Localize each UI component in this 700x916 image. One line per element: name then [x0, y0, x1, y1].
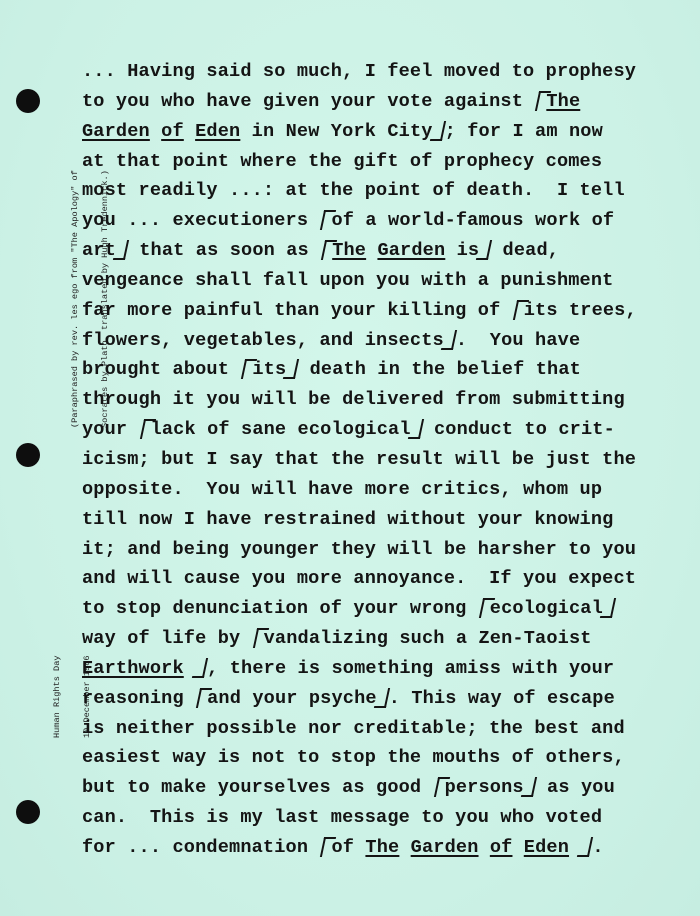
text-line: icism; but I say that the result will be… [82, 445, 682, 475]
text-segment: can. This is my last message to you who … [82, 807, 602, 828]
insertion-bracket-open [319, 837, 331, 855]
punch-hole-bottom [16, 800, 40, 824]
typewritten-page: (Paraphrased by rev. les ego from "The A… [0, 0, 700, 916]
text-segment: . This way of escape [389, 688, 615, 709]
text-segment: conduct to crit- [423, 419, 615, 440]
insertion-bracket-open [433, 777, 445, 795]
text-segment: in New York City [240, 121, 432, 142]
underlined-title-text: The [332, 240, 366, 261]
text-segment [184, 121, 195, 142]
text-line: to stop denunciation of your wrong ecolo… [82, 594, 682, 624]
text-line: your lack of sane ecological conduct to … [82, 415, 682, 445]
insertion-bracket-open [139, 419, 151, 437]
text-line: flowers, vegetables, and insects. You ha… [82, 326, 682, 356]
text-segment: art [82, 240, 116, 261]
text-segment: opposite. You will have more critics, wh… [82, 479, 602, 500]
text-line: far more painful than your killing of it… [82, 296, 682, 326]
punch-hole-middle [16, 443, 40, 467]
text-line: most readily ...: at the point of death.… [82, 176, 682, 206]
text-segment: and will cause you more annoyance. If yo… [82, 568, 636, 589]
insertion-bracket-close [580, 837, 592, 855]
insertion-bracket-close [433, 121, 445, 139]
text-line: till now I have restrained without your … [82, 505, 682, 535]
insertion-bracket-open [319, 210, 331, 228]
text-segment: is [445, 240, 479, 261]
text-segment: to you who have given your vote against [82, 91, 534, 112]
text-line: through it you will be delivered from su… [82, 385, 682, 415]
text-segment: till now I have restrained without your … [82, 509, 613, 530]
text-segment [479, 837, 490, 858]
text-line: art that as soon as The Garden is dead, [82, 236, 682, 266]
text-line: vengeance shall fall upon you with a pun… [82, 266, 682, 296]
text-segment: of [331, 837, 365, 858]
underlined-title-text: Eden [524, 837, 569, 858]
insertion-bracket-close [444, 330, 456, 348]
text-line: you ... executioners of a world-famous w… [82, 206, 682, 236]
text-segment: is neither possible nor creditable; the … [82, 718, 625, 739]
text-segment [366, 240, 377, 261]
insertion-bracket-close [195, 658, 207, 676]
text-segment: through it you will be delivered from su… [82, 389, 625, 410]
text-segment: you ... executioners [82, 210, 319, 231]
text-segment: dead, [491, 240, 559, 261]
text-line: Garden of Eden in New York City; for I a… [82, 117, 682, 147]
text-segment: and your psyche [207, 688, 377, 709]
text-segment: easiest way is not to stop the mouths of… [82, 747, 625, 768]
text-segment: lack of sane ecological [151, 419, 411, 440]
insertion-bracket-open [195, 688, 207, 706]
date-line-1: Human Rights Day [52, 655, 62, 738]
insertion-bracket-close [286, 359, 298, 377]
text-segment: persons [445, 777, 524, 798]
text-line: for ... condemnation of The Garden of Ed… [82, 833, 682, 863]
text-line: and will cause you more annoyance. If yo… [82, 564, 682, 594]
underlined-title-text: Garden [377, 240, 445, 261]
text-segment: ecological [490, 598, 603, 619]
text-segment: its trees, [524, 300, 637, 321]
text-segment: it; and being younger they will be harsh… [82, 539, 636, 560]
text-segment [512, 837, 523, 858]
text-line: Earthwork , there is something amiss wit… [82, 654, 682, 684]
text-segment: far more painful than your killing of [82, 300, 512, 321]
underlined-title-text: Garden [82, 121, 150, 142]
text-segment: of a world-famous work of [331, 210, 614, 231]
text-line: but to make yourselves as good persons a… [82, 773, 682, 803]
text-segment: death in the belief that [298, 359, 581, 380]
text-segment: flowers, vegetables, and insects [82, 330, 444, 351]
insertion-bracket-open [320, 240, 332, 258]
insertion-bracket-open [534, 91, 546, 109]
insertion-bracket-close [603, 598, 615, 616]
underlined-title-text: Earthwork [82, 658, 184, 679]
text-segment: vengeance shall fall upon you with a pun… [82, 270, 613, 291]
text-line: way of life by vandalizing such a Zen-Ta… [82, 624, 682, 654]
text-segment: to stop denunciation of your wrong [82, 598, 478, 619]
insertion-bracket-close [479, 240, 491, 258]
text-line: can. This is my last message to you who … [82, 803, 682, 833]
underlined-title-text: The [365, 837, 399, 858]
text-segment: at that point where the gift of prophecy… [82, 151, 602, 172]
text-line: reasoning and your psyche. This way of e… [82, 684, 682, 714]
text-segment: . You have [456, 330, 580, 351]
text-line: brought about its death in the belief th… [82, 355, 682, 385]
text-line: at that point where the gift of prophecy… [82, 147, 682, 177]
text-segment: for ... condemnation [82, 837, 319, 858]
text-segment: but to make yourselves as good [82, 777, 433, 798]
text-segment: that as soon as [128, 240, 320, 261]
insertion-bracket-open [240, 359, 252, 377]
text-segment: way of life by [82, 628, 252, 649]
text-line: it; and being younger they will be harsh… [82, 535, 682, 565]
text-segment: vandalizing such a Zen-Taoist [264, 628, 592, 649]
insertion-bracket-close [377, 688, 389, 706]
text-segment: . [592, 837, 603, 858]
insertion-bracket-open [252, 628, 264, 646]
punch-hole-top [16, 89, 40, 113]
text-segment: icism; but I say that the result will be… [82, 449, 636, 470]
text-segment: its [252, 359, 286, 380]
text-line: easiest way is not to stop the mouths of… [82, 743, 682, 773]
text-segment [150, 121, 161, 142]
insertion-bracket-close [411, 419, 423, 437]
text-line: ... Having said so much, I feel moved to… [82, 57, 682, 87]
text-segment: most readily ...: at the point of death.… [82, 180, 625, 201]
underlined-title-text: of [490, 837, 513, 858]
insertion-bracket-open [478, 598, 490, 616]
text-line: opposite. You will have more critics, wh… [82, 475, 682, 505]
underlined-title-text: Garden [411, 837, 479, 858]
text-segment: ; for I am now [445, 121, 603, 142]
underlined-title-text: The [546, 91, 580, 112]
text-segment: reasoning [82, 688, 195, 709]
underlined-title-text: Eden [195, 121, 240, 142]
text-line: is neither possible nor creditable; the … [82, 714, 682, 744]
insertion-bracket-close [116, 240, 128, 258]
body-text: ... Having said so much, I feel moved to… [82, 57, 682, 863]
text-segment: as you [536, 777, 615, 798]
text-segment: your [82, 419, 139, 440]
attribution-line-1: (Paraphrased by rev. les ego from "The A… [70, 170, 80, 428]
insertion-bracket-close [524, 777, 536, 795]
underlined-title-text: of [161, 121, 184, 142]
text-line: to you who have given your vote against … [82, 87, 682, 117]
text-segment [399, 837, 410, 858]
text-segment: ... Having said so much, I feel moved to… [82, 61, 636, 82]
insertion-bracket-open [512, 300, 524, 318]
text-segment: brought about [82, 359, 240, 380]
text-segment: , there is something amiss with your [207, 658, 614, 679]
